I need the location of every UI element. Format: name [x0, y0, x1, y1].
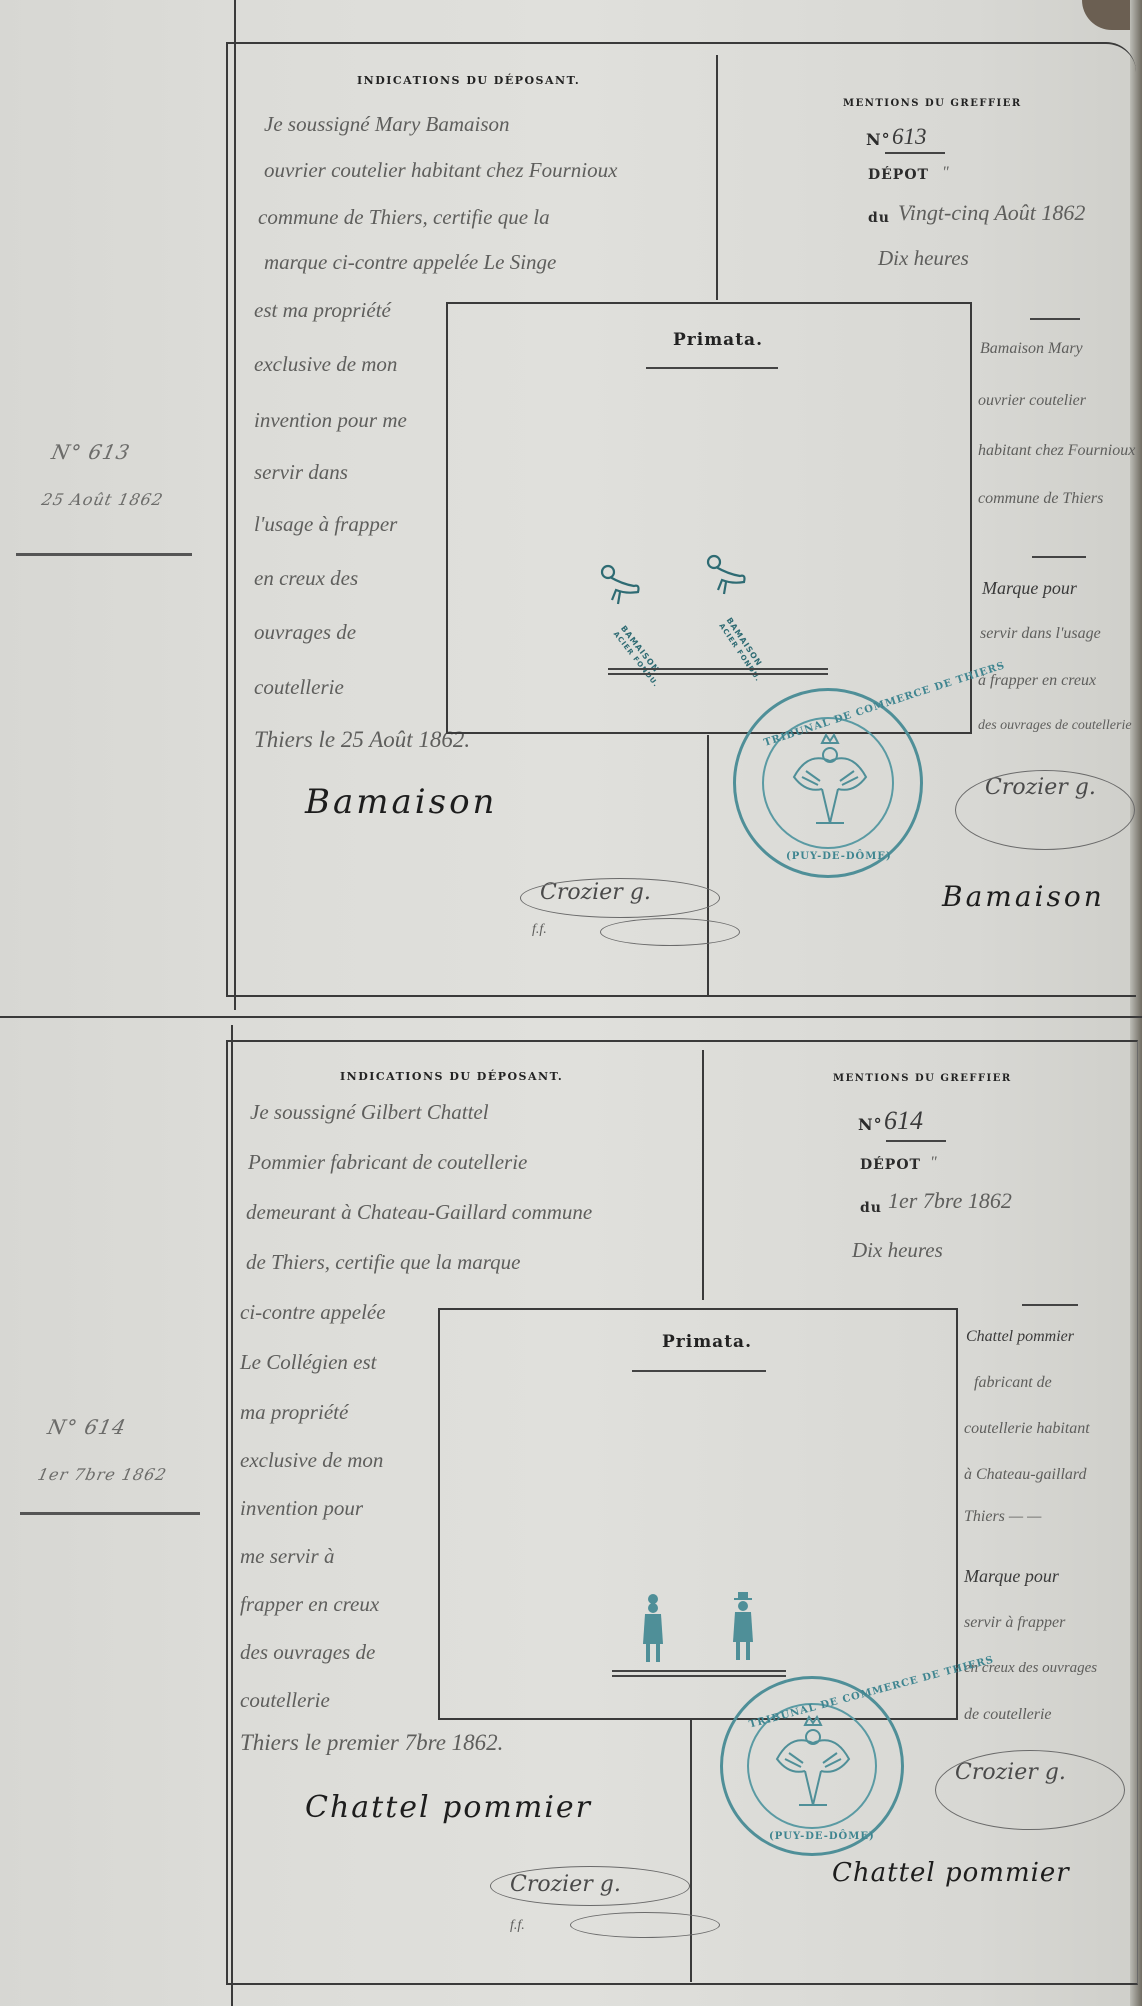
signature-flourish: [955, 770, 1135, 850]
clerk-note: des ouvrages de coutellerie: [978, 718, 1132, 734]
deposant-line: me servir à: [240, 1544, 334, 1569]
baseline-rule: [608, 673, 828, 675]
signature-flourish: [935, 1750, 1125, 1830]
deposit-hour: Dix heures: [878, 246, 969, 271]
tribunal-seal: TRIBUNAL DE COMMERCE DE THIERS (PUY-DE-D…: [733, 688, 923, 878]
deposant-line: exclusive de mon: [240, 1448, 383, 1473]
baseline-rule: [612, 1675, 786, 1677]
clerk-note: commune de Thiers: [978, 490, 1103, 508]
clerk-note: à Chateau-gaillard: [964, 1466, 1087, 1484]
margin-entry-number: N° 614: [45, 1415, 128, 1439]
clerk-note: habitant chez Fournioux: [978, 442, 1135, 460]
deposant-header: INDICATIONS DU DÉPOSANT.: [340, 1070, 563, 1083]
depot-mark: ": [942, 164, 949, 182]
tribunal-seal: TRIBUNAL DE COMMERCE DE THIERS (PUY-DE-D…: [720, 1676, 904, 1856]
deposit-date: 1er 7bre 1862: [888, 1188, 1012, 1214]
deposit-date: Vingt-cinq Août 1862: [898, 200, 1085, 226]
monkey-stamp-icon: [706, 554, 746, 594]
du-label: du: [868, 210, 890, 226]
clerk-note: à frapper en creux: [978, 672, 1096, 690]
deposant-line: Je soussigné Mary Bamaison: [264, 112, 510, 137]
deposant-line: ouvrages de: [254, 620, 356, 645]
deposant-line: coutellerie: [254, 675, 344, 700]
deposant-line: invention pour me: [254, 408, 407, 433]
clerk-note: coutellerie habitant: [964, 1420, 1090, 1438]
deposant-line: invention pour: [240, 1496, 363, 1521]
column-divider-upper: [702, 1050, 704, 1300]
register-page: N° 613 25 Août 1862 INDICATIONS DU DÉPOS…: [0, 0, 1142, 2006]
margin-entry-number: N° 613: [49, 440, 132, 464]
column-divider-lower: [690, 1720, 692, 1982]
margin-entry-date: 1er 7bre 1862: [36, 1465, 169, 1484]
column-divider-upper: [716, 55, 718, 300]
clerk-note: Marque pour: [964, 1566, 1059, 1587]
greffier-deposant-signature: Bamaison: [942, 880, 1105, 913]
clerk-note: de coutellerie: [964, 1706, 1052, 1724]
deposant-line: Je soussigné Gilbert Chattel: [250, 1100, 489, 1125]
depot-mark: ": [930, 1154, 937, 1172]
deposant-line: demeurant à Chateau-Gaillard commune: [246, 1200, 592, 1225]
title-underline: [646, 367, 778, 369]
seal-text-bottom: (PUY-DE-DÔME): [769, 1831, 875, 1842]
short-rule: [1030, 318, 1080, 320]
clerk-note: Marque pour: [982, 578, 1077, 599]
deposant-line: ma propriété: [240, 1400, 348, 1425]
deposant-line: servir dans: [254, 460, 348, 485]
column-divider-lower: [707, 735, 709, 997]
place-date: Thiers le premier 7bre 1862.: [240, 1730, 503, 1756]
deposant-line: ci-contre appelée: [240, 1300, 386, 1325]
depot-label: DÉPOT: [860, 1157, 921, 1173]
deposant-line: commune de Thiers, certifie que la: [258, 205, 550, 230]
clerk-signature-sub: f.f.: [510, 1918, 525, 1934]
deposant-line: de Thiers, certifie que la marque: [246, 1250, 521, 1275]
no-label: N°: [858, 1115, 883, 1134]
deposant-line: des ouvrages de: [240, 1640, 375, 1665]
greffier-header: MENTIONS DU GREFFIER: [833, 1073, 1012, 1084]
deposit-number: 613: [892, 124, 927, 150]
signature-flourish: [490, 1866, 690, 1906]
trademark-box: Primata.: [438, 1308, 958, 1720]
depot-label: DÉPOT: [868, 167, 929, 183]
deposant-line: l'usage à frapper: [254, 512, 397, 537]
clerk-note: servir dans l'usage: [980, 625, 1101, 643]
deposant-line: coutellerie: [240, 1688, 330, 1713]
deposant-header: INDICATIONS DU DÉPOSANT.: [357, 74, 580, 87]
signature-flourish: [570, 1912, 720, 1938]
deposant-signature: Bamaison: [305, 782, 497, 822]
greffier-deposant-signature: Chattel pommier: [832, 1858, 1070, 1888]
signature-flourish: [600, 918, 740, 946]
deposant-line: ouvrier coutelier habitant chez Fourniou…: [264, 158, 617, 183]
trademark-box: Primata. BAMAISON ACIER FONDU. BAMAISON …: [446, 302, 972, 734]
mark-category: Primata.: [673, 330, 763, 350]
deposit-hour: Dix heures: [852, 1238, 943, 1263]
deposant-signature: Chattel pommier: [305, 1790, 592, 1825]
standing-figure-stamp-icon: [730, 1592, 756, 1669]
signature-flourish: [520, 878, 720, 918]
baseline-rule: [608, 668, 828, 670]
number-underline: [885, 152, 945, 154]
margin-rule: [20, 1512, 200, 1515]
standing-figure-stamp-icon: [640, 1594, 666, 1671]
baseline-rule: [612, 1670, 786, 1672]
clerk-note: Bamaison Mary: [980, 340, 1083, 358]
monkey-stamp-icon: [600, 564, 640, 604]
clerk-note: Chattel pommier: [966, 1328, 1074, 1346]
margin-entry-date: 25 Août 1862: [40, 490, 165, 509]
deposant-line: Le Collégien est: [240, 1350, 376, 1375]
no-label: N°: [866, 130, 891, 149]
title-underline: [632, 1370, 766, 1372]
short-rule: [1022, 1304, 1078, 1306]
deposant-line: Pommier fabricant de coutellerie: [248, 1150, 527, 1175]
deposant-line: exclusive de mon: [254, 352, 397, 377]
clerk-note: servir à frapper: [964, 1614, 1065, 1632]
margin-rule: [16, 553, 192, 556]
eagle-crest-icon: [788, 731, 872, 846]
clerk-note: Thiers — —: [964, 1508, 1041, 1526]
clerk-note: ouvrier coutelier: [978, 392, 1086, 410]
clerk-note: fabricant de: [974, 1374, 1052, 1392]
deposit-number: 614: [884, 1106, 923, 1136]
clerk-signature-sub: f.f.: [532, 922, 547, 938]
entry-separator: [0, 1016, 1142, 1018]
greffier-header: MENTIONS DU GREFFIER: [843, 98, 1022, 109]
mark-category: Primata.: [662, 1332, 752, 1352]
seal-text-bottom: (PUY-DE-DÔME): [786, 851, 892, 862]
short-rule: [1032, 556, 1086, 558]
deposant-line: frapper en creux: [240, 1592, 379, 1617]
deposant-line: en creux des: [254, 566, 358, 591]
eagle-crest-icon: [771, 1713, 855, 1828]
number-underline: [886, 1140, 946, 1142]
deposant-line: marque ci-contre appelée Le Singe: [264, 250, 556, 275]
du-label: du: [860, 1200, 882, 1216]
place-date: Thiers le 25 Août 1862.: [254, 727, 470, 753]
deposant-line: est ma propriété: [254, 298, 391, 323]
